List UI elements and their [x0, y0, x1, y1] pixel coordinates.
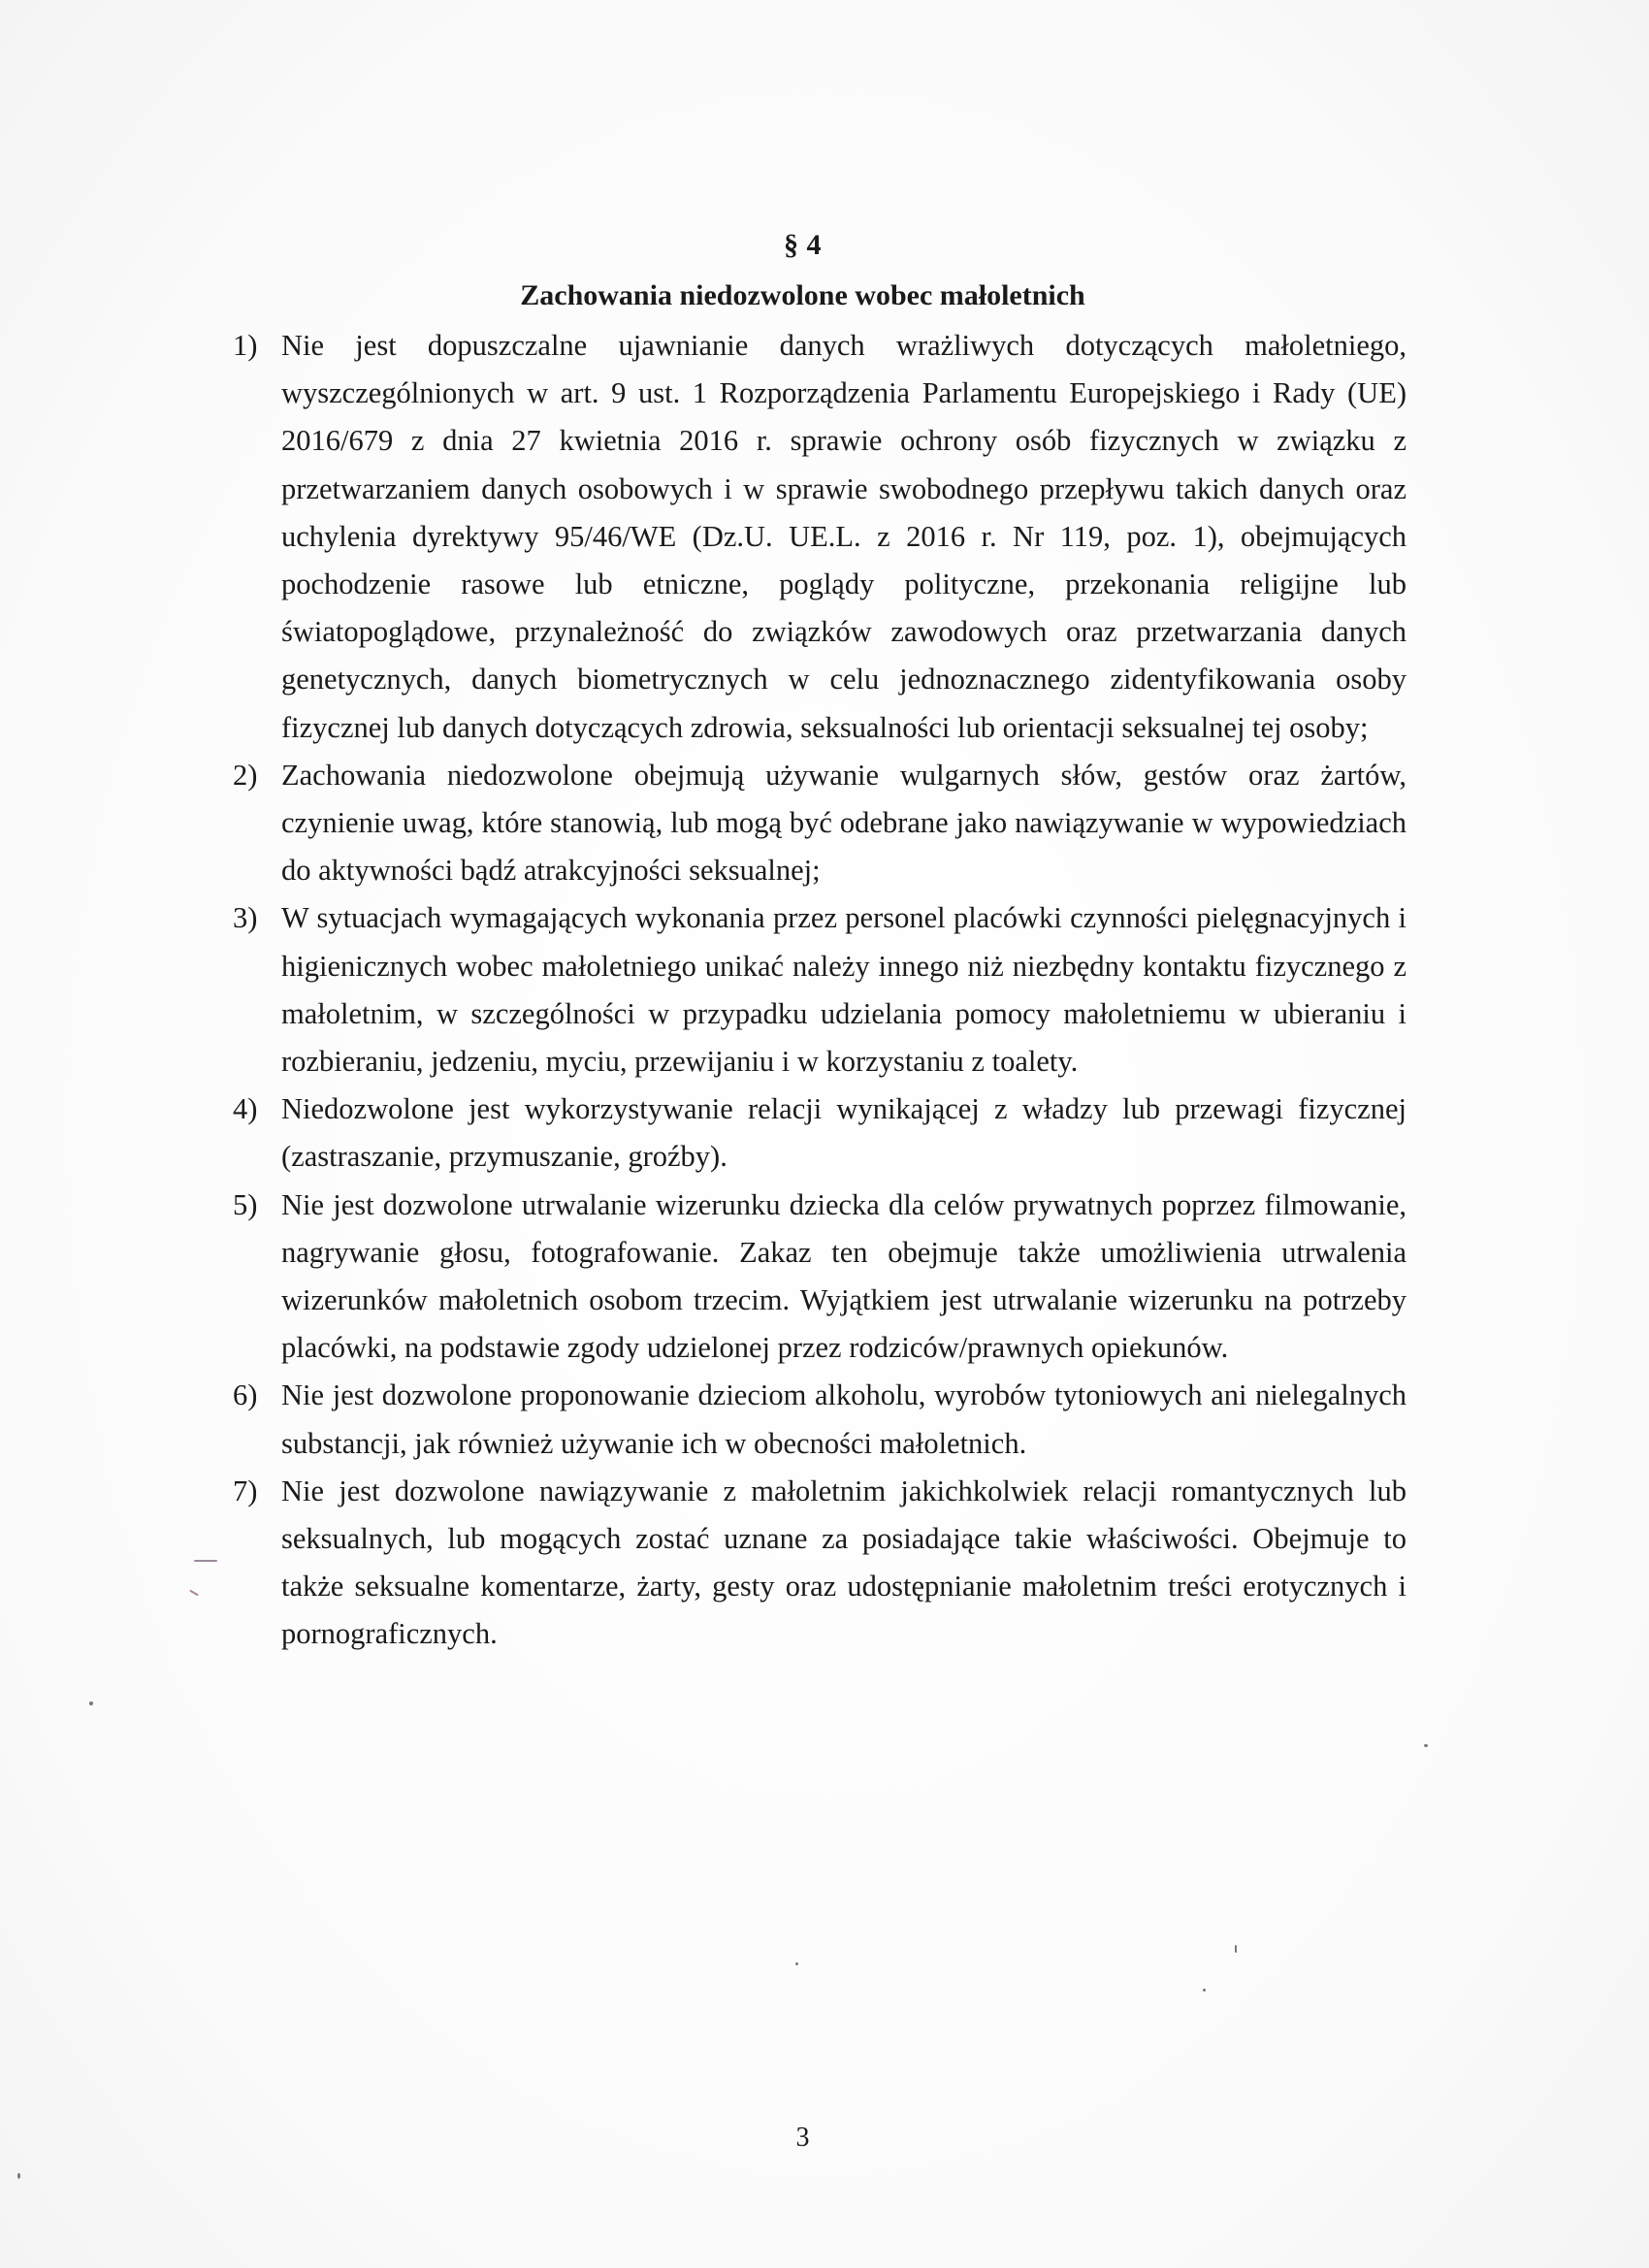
scan-speck	[1424, 1744, 1428, 1747]
scan-speck	[17, 2173, 20, 2179]
item-number: 5)	[233, 1182, 257, 1229]
scan-speck	[189, 1590, 199, 1597]
list-item: 4) Niedozwolone jest wykorzystywanie rel…	[233, 1085, 1406, 1181]
item-text: Niedozwolone jest wykorzystywanie relacj…	[281, 1085, 1406, 1181]
scan-speck	[194, 1560, 217, 1562]
scan-speck	[89, 1701, 93, 1705]
scan-speck	[1203, 1989, 1206, 1992]
list-item: 5) Nie jest dozwolone utrwalanie wizerun…	[233, 1182, 1406, 1373]
item-number: 2)	[233, 752, 257, 799]
list-item: 3) W sytuacjach wymagających wykonania p…	[233, 894, 1406, 1085]
section-number: § 4	[0, 229, 1605, 262]
section-title: Zachowania niedozwolone wobec małoletnic…	[0, 279, 1605, 312]
list-item: 6) Nie jest dozwolone proponowanie dziec…	[233, 1372, 1406, 1467]
item-text: W sytuacjach wymagających wykonania prze…	[281, 894, 1406, 1085]
item-number: 4)	[233, 1085, 257, 1133]
item-number: 6)	[233, 1372, 257, 1419]
page-number: 3	[0, 2122, 1605, 2154]
item-number: 7)	[233, 1468, 257, 1515]
rules-list: 1) Nie jest dopuszczalne ujawnianie dany…	[233, 322, 1406, 1659]
item-text: Nie jest dopuszczalne ujawnianie danych …	[281, 322, 1406, 752]
item-text: Nie jest dozwolone proponowanie dzieciom…	[281, 1372, 1406, 1467]
scanned-page: § 4 Zachowania niedozwolone wobec małole…	[0, 0, 1649, 2268]
item-number: 3)	[233, 894, 257, 942]
item-text: Nie jest dozwolone nawiązywanie z małole…	[281, 1468, 1406, 1659]
item-text: Nie jest dozwolone utrwalanie wizerunku …	[281, 1182, 1406, 1373]
list-item: 2) Zachowania niedozwolone obejmują używ…	[233, 752, 1406, 895]
list-item: 1) Nie jest dopuszczalne ujawnianie dany…	[233, 322, 1406, 752]
scan-speck	[795, 1962, 798, 1965]
list-item: 7) Nie jest dozwolone nawiązywanie z mał…	[233, 1468, 1406, 1659]
item-text: Zachowania niedozwolone obejmują używani…	[281, 752, 1406, 895]
item-number: 1)	[233, 322, 257, 370]
scan-speck	[1235, 1945, 1237, 1953]
